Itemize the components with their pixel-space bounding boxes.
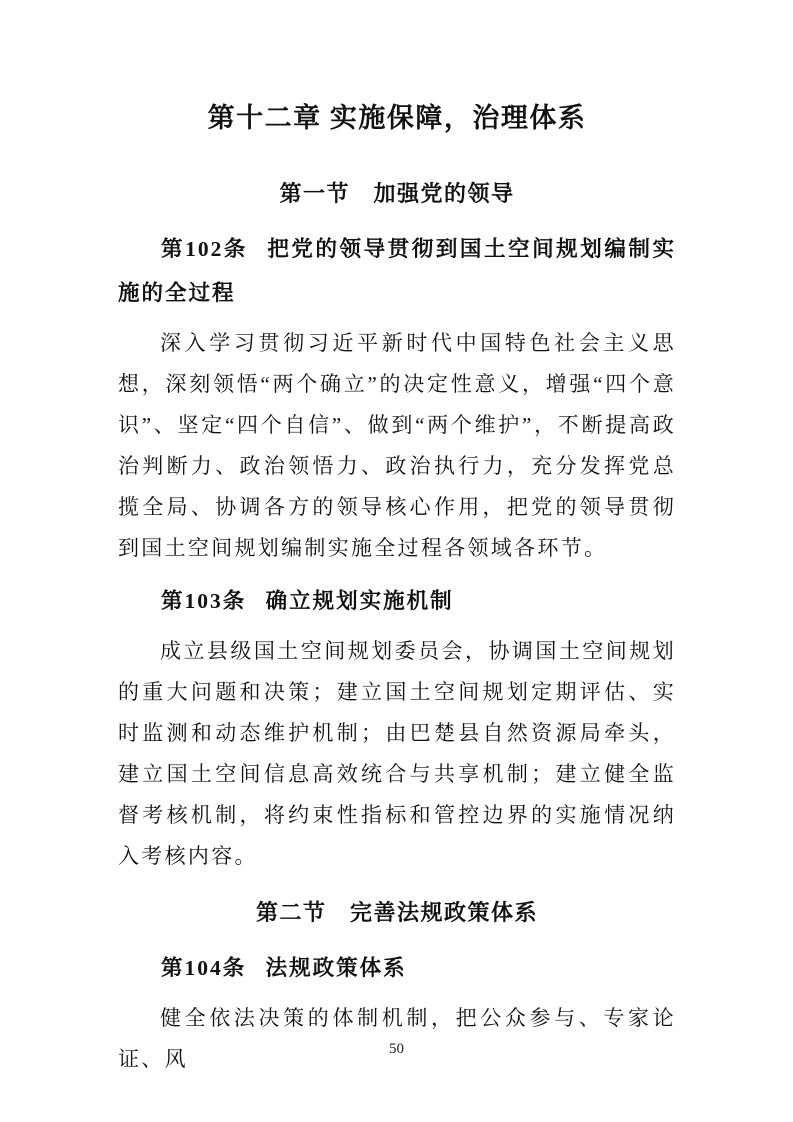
section-title-2: 第二节 完善法规政策体系 [118, 897, 676, 928]
article-103-body: 成立县级国土空间规划委员会，协调国土空间规划的重大问题和决策；建立国土空间规划定… [118, 631, 676, 877]
article-102-body: 深入学习贯彻习近平新时代中国特色社会主义思想，深刻领悟“两个确立”的决定性意义，… [118, 323, 676, 569]
article-104-title: 法规政策体系 [266, 956, 407, 980]
article-102-number: 第102条 [161, 237, 248, 261]
document-page: 第十二章 实施保障，治理体系 第一节 加强党的领导 第102条把党的领导贯彻到国… [0, 0, 793, 1122]
section-title-1: 第一节 加强党的领导 [118, 178, 676, 209]
page-number: 50 [0, 1040, 793, 1058]
article-103-heading: 第103条确立规划实施机制 [118, 579, 676, 623]
article-104-heading: 第104条法规政策体系 [118, 946, 676, 990]
article-102-heading: 第102条把党的领导贯彻到国土空间规划编制实施的全过程 [118, 227, 676, 315]
article-104-number: 第104条 [161, 956, 246, 980]
chapter-title: 第十二章 实施保障，治理体系 [118, 98, 676, 138]
article-103-title: 确立规划实施机制 [266, 589, 454, 613]
article-103-number: 第103条 [161, 589, 246, 613]
article-104-body: 健全依法决策的体制机制，把公众参与、专家论证、风 [118, 998, 676, 1080]
